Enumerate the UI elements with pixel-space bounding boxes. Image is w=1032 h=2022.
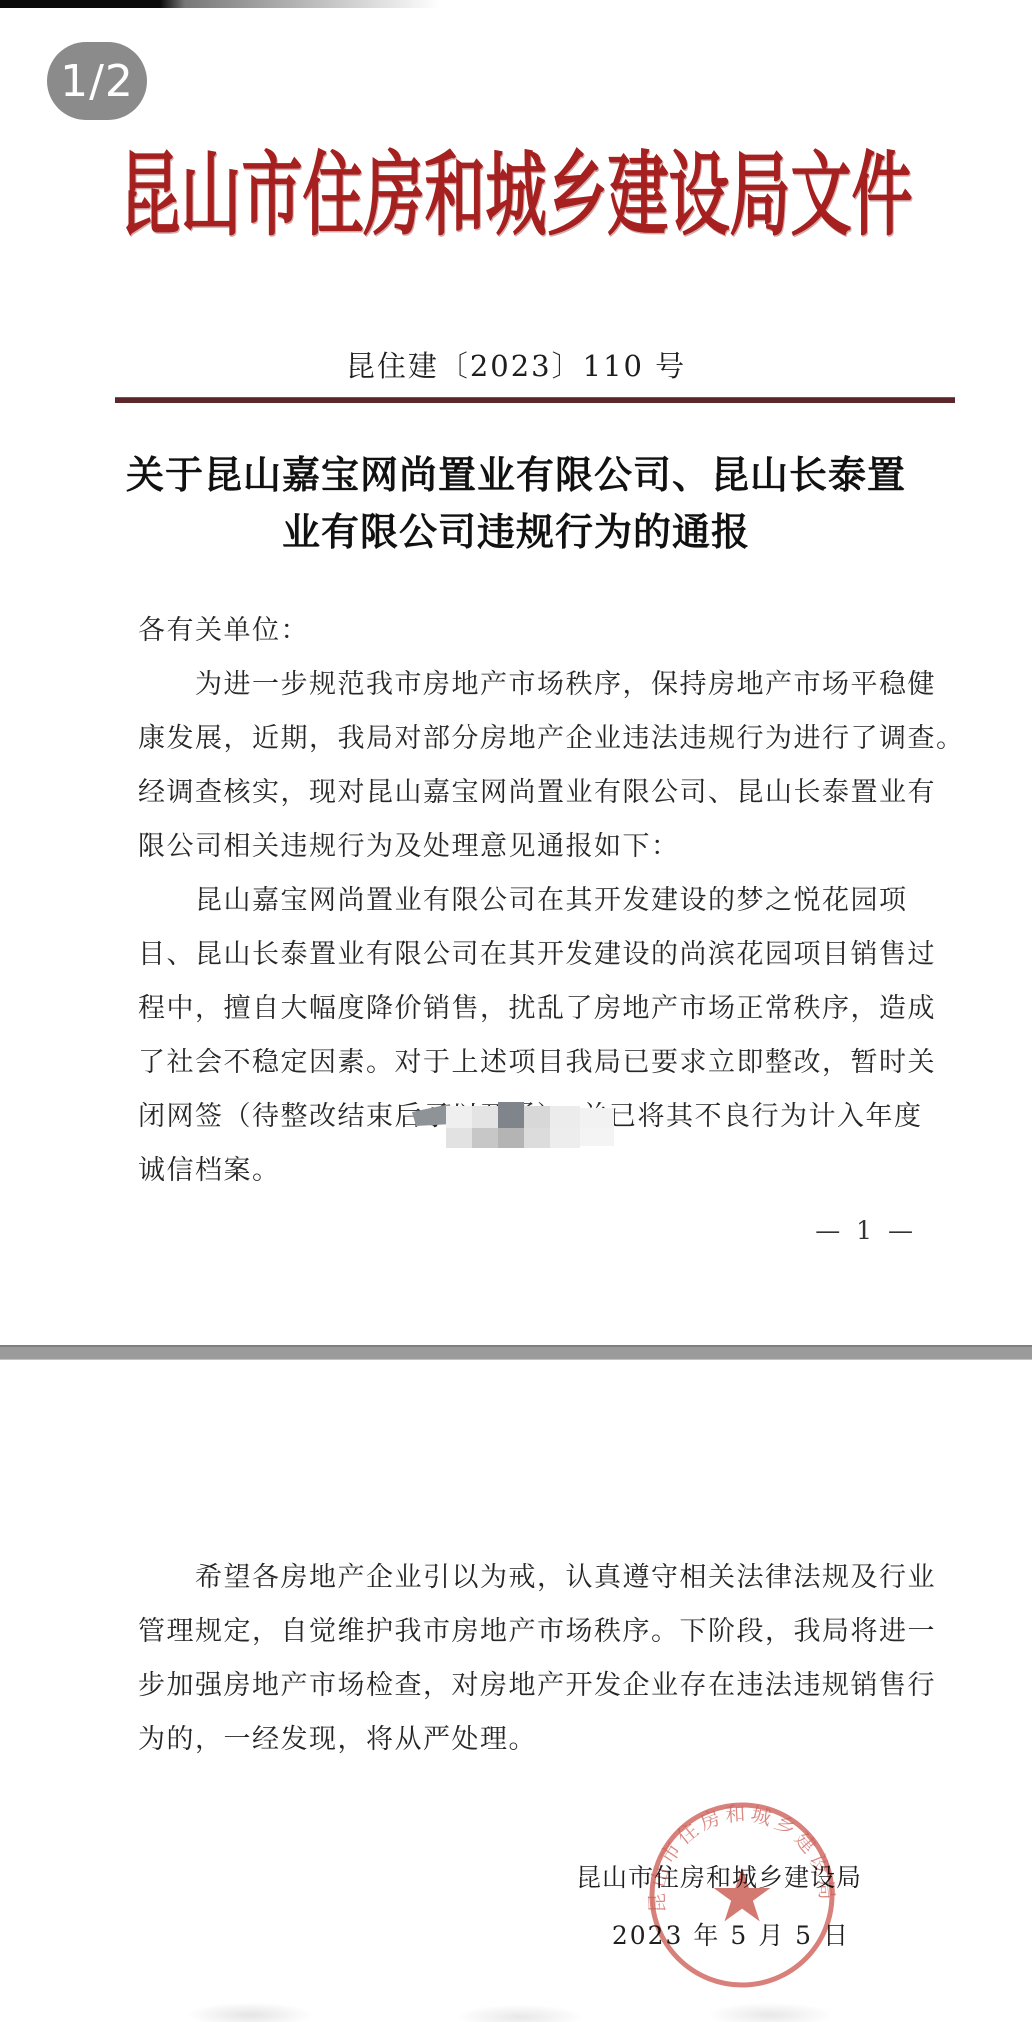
body-text-line: 康发展，近期，我局对部分房地产企业违法违规行为进行了调查。 <box>138 712 928 766</box>
document-title-line2: 业有限公司违规行为的通报 <box>0 503 1032 560</box>
body-text-line: 限公司相关违规行为及处理意见通报如下： <box>138 820 928 874</box>
censor-mosaic <box>410 1098 616 1150</box>
page-indicator-label: 1/2 <box>60 56 134 107</box>
page1-page-number: — 1 — <box>815 1216 917 1245</box>
body-text-line: 各有关单位： <box>138 604 928 658</box>
letterhead-title: 昆山市住房和城乡建设局文件 <box>0 150 1032 242</box>
body-text-line: 管理规定，自觉维护我市房地产市场秩序。下阶段，我局将进一 <box>138 1605 928 1659</box>
official-seal: ★ 昆山市住房和城乡建设局 <box>646 1799 838 1991</box>
document-number: 昆住建〔2023〕110 号 <box>0 344 1032 385</box>
document-photo-viewer[interactable]: 1/2 昆山市住房和城乡建设局文件 昆住建〔2023〕110 号 关于昆山嘉宝网… <box>0 0 1032 2022</box>
body-text-line: 步加强房地产市场检查，对房地产开发企业存在违法违规销售行 <box>138 1659 928 1713</box>
body-text-line: 为进一步规范我市房地产市场秩序，保持房地产市场平稳健 <box>138 658 928 712</box>
body-text-line: 为的，一经发现，将从严处理。 <box>138 1713 928 1767</box>
body-text-line: 经调查核实，现对昆山嘉宝网尚置业有限公司、昆山长泰置业有 <box>138 766 928 820</box>
photo-edge-strip <box>0 0 440 8</box>
document-title: 关于昆山嘉宝网尚置业有限公司、昆山长泰置 业有限公司违规行为的通报 <box>0 446 1032 560</box>
body-text-line: 希望各房地产企业引以为戒，认真遵守相关法律法规及行业 <box>138 1551 928 1605</box>
body-text-line: 诚信档案。 <box>138 1144 928 1198</box>
body-text-line: 了社会不稳定因素。对于上述项目我局已要求立即整改，暂时关 <box>138 1036 928 1090</box>
body-text-line: 程中，擅自大幅度降价销售，扰乱了房地产市场正常秩序，造成 <box>138 982 928 1036</box>
photo-smudge <box>0 1985 1032 2022</box>
page-divider <box>0 1345 1032 1360</box>
page-indicator-badge: 1/2 <box>47 42 147 120</box>
body-text-line: 目、昆山长泰置业有限公司在其开发建设的尚滨花园项目销售过 <box>138 928 928 982</box>
seal-star-icon: ★ <box>709 1853 775 1939</box>
page2-body-text: 希望各房地产企业引以为戒，认真遵守相关法律法规及行业管理规定，自觉维护我市房地产… <box>138 1551 928 1767</box>
letterhead-rule <box>115 397 955 403</box>
body-text-line: 昆山嘉宝网尚置业有限公司在其开发建设的梦之悦花园项 <box>138 874 928 928</box>
document-title-line1: 关于昆山嘉宝网尚置业有限公司、昆山长泰置 <box>0 446 1032 503</box>
